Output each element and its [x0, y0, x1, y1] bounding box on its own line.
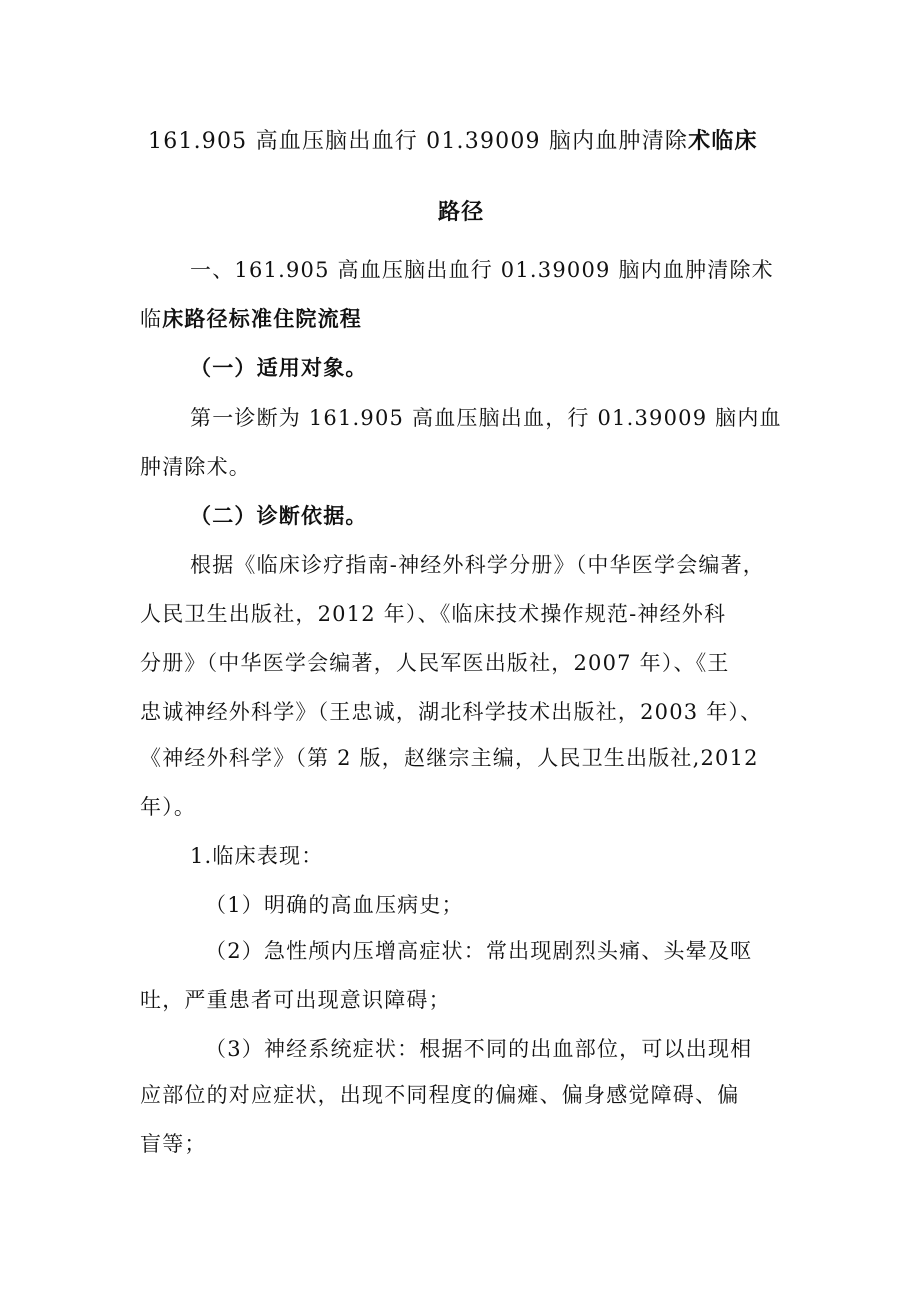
title-text: 161.905 高血压脑出血行 01.39009 脑内血肿清除	[148, 129, 688, 154]
paragraph-line: 肿清除术。	[140, 454, 251, 480]
document-title-line1: 161.905 高血压脑出血行 01.39009 脑内血肿清除术临床	[148, 128, 758, 155]
section-heading-line1: 一、161.905 高血压脑出血行 01.39009 脑内血肿清除术	[190, 257, 774, 283]
clinical-item-2: （2）急性颅内压增高症状：常出现剧烈头痛、头晕及呕	[205, 938, 752, 964]
clinical-item-3-cont: 应部位的对应症状，出现不同程度的偏瘫、偏身感觉障碍、偏	[140, 1082, 739, 1108]
clinical-heading: 1.临床表现：	[190, 843, 323, 869]
clinical-item-2-cont: 吐，严重患者可出现意识障碍；	[140, 987, 451, 1013]
document-title-line2: 路径	[438, 199, 484, 225]
clinical-item-1: （1）明确的高血压病史；	[205, 892, 464, 918]
paragraph-line: 年）。	[140, 794, 196, 820]
section-heading-text: 临	[140, 307, 162, 331]
document-page: 161.905 高血压脑出血行 01.39009 脑内血肿清除术临床 路径 一、…	[0, 0, 920, 1301]
paragraph-line: 《神经外科学》（第 2 版，赵继宗主编，人民卫生出版社,2012	[140, 745, 759, 771]
section-heading-line2: 临床路径标准住院流程	[140, 306, 362, 332]
clinical-item-3-cont: 盲等；	[140, 1131, 207, 1157]
section-heading-bold: 床路径标准住院流程	[162, 306, 362, 331]
subsection-heading-diagnosis: （二）诊断依据。	[190, 503, 368, 529]
title-text-bold: 术临床	[688, 128, 758, 154]
paragraph-line: 人民卫生出版社，2012 年）、《临床技术操作规范-神经外科	[140, 601, 726, 627]
paragraph-line: 忠诚神经外科学》（王忠诚，湖北科学技术出版社，2003 年）、	[140, 699, 762, 725]
clinical-item-3: （3）神经系统症状：根据不同的出血部位，可以出现相	[205, 1036, 752, 1062]
paragraph-line: 第一诊断为 161.905 高血压脑出血，行 01.39009 脑内血	[190, 405, 782, 431]
paragraph-line: 根据《临床诊疗指南-神经外科学分册》（中华医学会编著，	[190, 552, 765, 578]
paragraph-line: 分册》（中华医学会编著，人民军医出版社，2007 年）、《王	[140, 650, 730, 676]
subsection-heading-applicable: （一）适用对象。	[190, 355, 368, 381]
